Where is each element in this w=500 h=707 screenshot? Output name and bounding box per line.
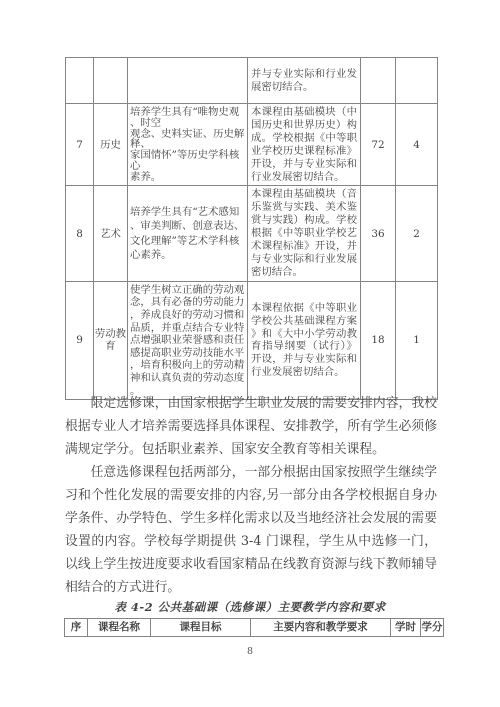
paragraph-free-electives: 任意选修课程包括两部分，一部分根据由国家按照学生继续学习和个性化发展的需要安排的… bbox=[65, 461, 437, 599]
cell-objective bbox=[128, 58, 248, 104]
cell-credits bbox=[396, 58, 438, 104]
cell-course-name: 艺术 bbox=[94, 186, 128, 281]
table-row-history: 7 历史 培养学生具有“唯物史观、时空 观念、史料实证、历史解释、 家国情怀”等… bbox=[66, 104, 438, 186]
header-credits: 学分 bbox=[421, 619, 444, 637]
cell-course-name: 历史 bbox=[94, 104, 128, 186]
cell-credits: 4 bbox=[396, 104, 438, 186]
document-page: 并与专业实际和行业发展密切结合。 7 历史 培养学生具有“唯物史观、时空 观念、… bbox=[0, 0, 500, 707]
paragraph-restricted-electives: 限定选修课，由国家根据学生职业发展的需要安排内容，我校根据专业人才培养需要选择具… bbox=[65, 392, 437, 461]
header-course-name: 课程名称 bbox=[88, 619, 151, 637]
cell-objective: 培养学生具有“唯物史观、时空 观念、史料实证、历史解释、 家国情怀”等历史学科核… bbox=[128, 104, 248, 186]
cell-content: 本课程由基础模块（中国历史和世界历史）构成。学校根据《中等职业学校历史课程标准》… bbox=[248, 104, 361, 186]
table-row-art: 8 艺术 培养学生具有“艺术感知、审美判断、创意表达、文化理解”等艺术学科核心素… bbox=[66, 186, 438, 281]
elective-course-table-header: 序 课程名称 课程目标 主要内容和教学要求 学时 学分 bbox=[64, 618, 444, 637]
course-table-continued: 并与专业实际和行业发展密切结合。 7 历史 培养学生具有“唯物史观、时空 观念、… bbox=[65, 57, 438, 400]
cell-objective: 培养学生具有“艺术感知、审美判断、创意表达、文化理解”等艺术学科核心素养。 bbox=[128, 186, 248, 281]
cell-content: 本课程由基础模块（音乐鉴赏与实践、美术鉴赏与实践）构成。学校根据《中等职业学校艺… bbox=[248, 186, 361, 281]
cell-hours: 36 bbox=[361, 186, 396, 281]
cell-hours: 18 bbox=[361, 281, 396, 399]
cell-credits: 1 bbox=[396, 281, 438, 399]
cell-seq: 7 bbox=[66, 104, 94, 186]
cell-hours bbox=[361, 58, 396, 104]
cell-credits: 2 bbox=[396, 186, 438, 281]
header-seq: 序 bbox=[65, 619, 88, 637]
table-row-labor-education: 9 劳动教育 使学生树立正确的劳动观念，具有必备的劳动能力，养成良好的劳动习惯和… bbox=[66, 281, 438, 399]
cell-content: 并与专业实际和行业发展密切结合。 bbox=[248, 58, 361, 104]
cell-content: 本课程依据《中等职业学校公共基础课程方案》和《大中小学劳动教育指导纲要（试行）》… bbox=[248, 281, 361, 399]
body-text: 限定选修课，由国家根据学生职业发展的需要安排内容，我校根据专业人才培养需要选择具… bbox=[65, 392, 437, 599]
cell-hours: 72 bbox=[361, 104, 396, 186]
cell-objective: 使学生树立正确的劳动观念，具有必备的劳动能力，养成良好的劳动习惯和品质，并重点结… bbox=[128, 281, 248, 399]
cell-course-name: 劳动教育 bbox=[94, 281, 128, 399]
cell-seq: 8 bbox=[66, 186, 94, 281]
header-objective: 课程目标 bbox=[151, 619, 251, 637]
table-caption: 表 4-2 公共基础课（选修课）主要教学内容和要求 bbox=[0, 600, 500, 615]
cell-seq: 9 bbox=[66, 281, 94, 399]
header-hours: 学时 bbox=[391, 619, 421, 637]
page-number: 8 bbox=[0, 646, 500, 657]
cell-seq bbox=[66, 58, 94, 104]
table-row-continuation: 并与专业实际和行业发展密切结合。 bbox=[66, 58, 438, 104]
cell-course-name bbox=[94, 58, 128, 104]
header-content: 主要内容和教学要求 bbox=[251, 619, 391, 637]
table-header-row: 序 课程名称 课程目标 主要内容和教学要求 学时 学分 bbox=[65, 619, 444, 637]
